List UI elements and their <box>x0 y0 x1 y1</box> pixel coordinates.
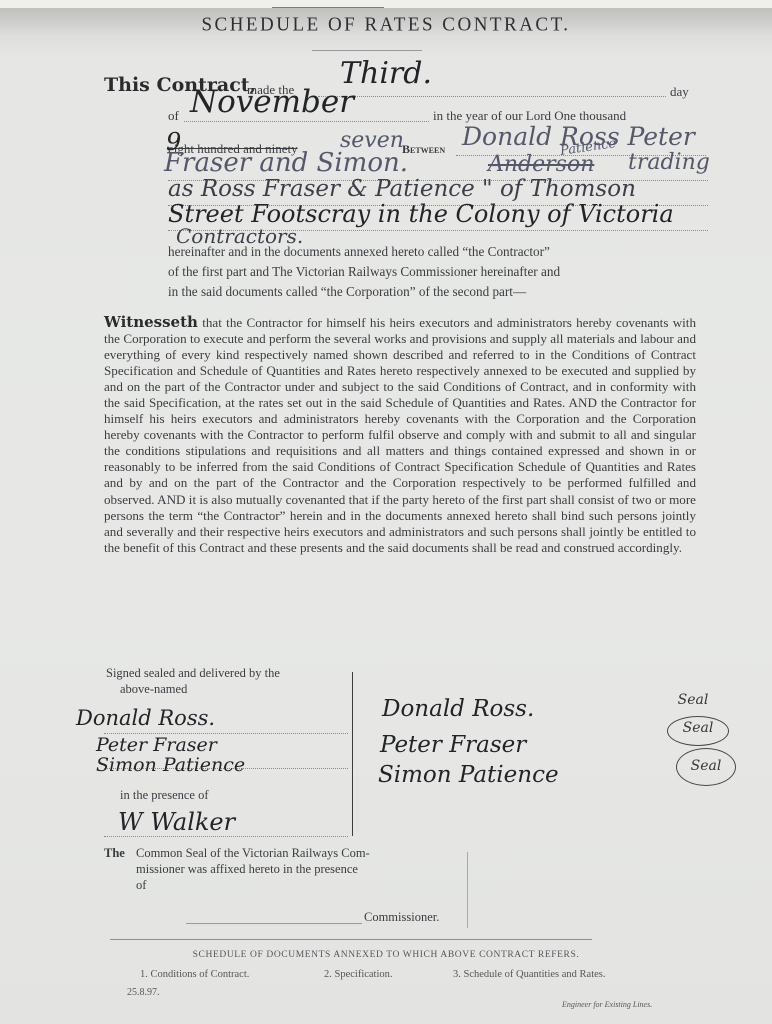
left-signature-3: Simon Patience <box>96 754 245 776</box>
page-edge <box>0 0 772 8</box>
common-seal-brace <box>467 852 468 928</box>
execution-brace <box>352 672 353 836</box>
common-seal-line-3: of <box>136 878 146 893</box>
common-seal-line-2: missioner was affixed hereto in the pres… <box>136 862 358 877</box>
of-label: of <box>168 108 179 124</box>
in-presence-of-label: in the presence of <box>120 788 209 803</box>
footer-heading: SCHEDULE OF DOCUMENTS ANNEXED TO WHICH A… <box>0 950 772 960</box>
witnesseth-text: that the Contractor for himself his heir… <box>104 315 696 555</box>
day-fill-line <box>318 96 666 97</box>
between-label: Between <box>402 142 445 157</box>
footer-rule <box>110 939 592 940</box>
document-title: SCHEDULE OF RATES CONTRACT. <box>0 13 772 36</box>
common-seal-lead: The <box>104 846 125 861</box>
witness-signature[interactable]: W Walker <box>118 808 235 836</box>
left-signature-2: Peter Fraser <box>96 734 217 756</box>
witnesseth-clause: Witnesseth that the Contractor for himse… <box>104 314 696 556</box>
signed-sealed-line-2: above-named <box>120 682 187 697</box>
footer-item-2: 2. Specification. <box>324 969 393 980</box>
parties-line-2b[interactable]: trading <box>628 150 710 175</box>
month-value[interactable]: November <box>190 84 354 120</box>
printed-line-2: of the first part and The Victorian Rail… <box>168 264 560 280</box>
month-fill-line <box>184 121 429 122</box>
engineer-label: Engineer for Existing Lines. <box>562 1000 652 1009</box>
day-label: day <box>670 84 689 100</box>
witnesseth-lead: Witnesseth <box>104 313 198 331</box>
commissioner-label: Commissioner. <box>364 910 439 925</box>
parties-line-3[interactable]: as Ross Fraser & Patience " of Thomson <box>168 176 636 202</box>
left-signature-1: Donald Ross. <box>76 706 215 730</box>
title-top-rule <box>272 7 384 8</box>
title-bottom-rule <box>312 50 422 51</box>
seal-1: Seal <box>667 688 719 714</box>
contractor-signature-1[interactable]: Donald Ross. <box>382 696 534 722</box>
seal-2: Seal <box>667 716 729 746</box>
parties-line-2a[interactable]: Fraser and Simon. <box>164 148 408 178</box>
footer-item-1: 1. Conditions of Contract. <box>140 969 249 980</box>
signed-sealed-line-1: Signed sealed and delivered by the <box>106 666 280 681</box>
printed-line-1: hereinafter and in the documents annexed… <box>168 244 550 260</box>
contract-page: SCHEDULE OF RATES CONTRACT. This Contrac… <box>0 0 772 1024</box>
printed-line-3: in the said documents called “the Corpor… <box>168 284 526 300</box>
witness-signature-line <box>104 836 348 837</box>
seal-3: Seal <box>676 748 736 786</box>
footer-item-3: 3. Schedule of Quantities and Rates. <box>453 969 606 980</box>
common-seal-line-1: Common Seal of the Victorian Railways Co… <box>136 846 370 861</box>
contractor-signature-2[interactable]: Peter Fraser <box>380 732 526 758</box>
contractor-signature-3[interactable]: Simon Patience <box>378 762 559 788</box>
commissioner-signature-line <box>186 923 362 924</box>
footer-date-code: 25.8.97. <box>127 987 160 998</box>
